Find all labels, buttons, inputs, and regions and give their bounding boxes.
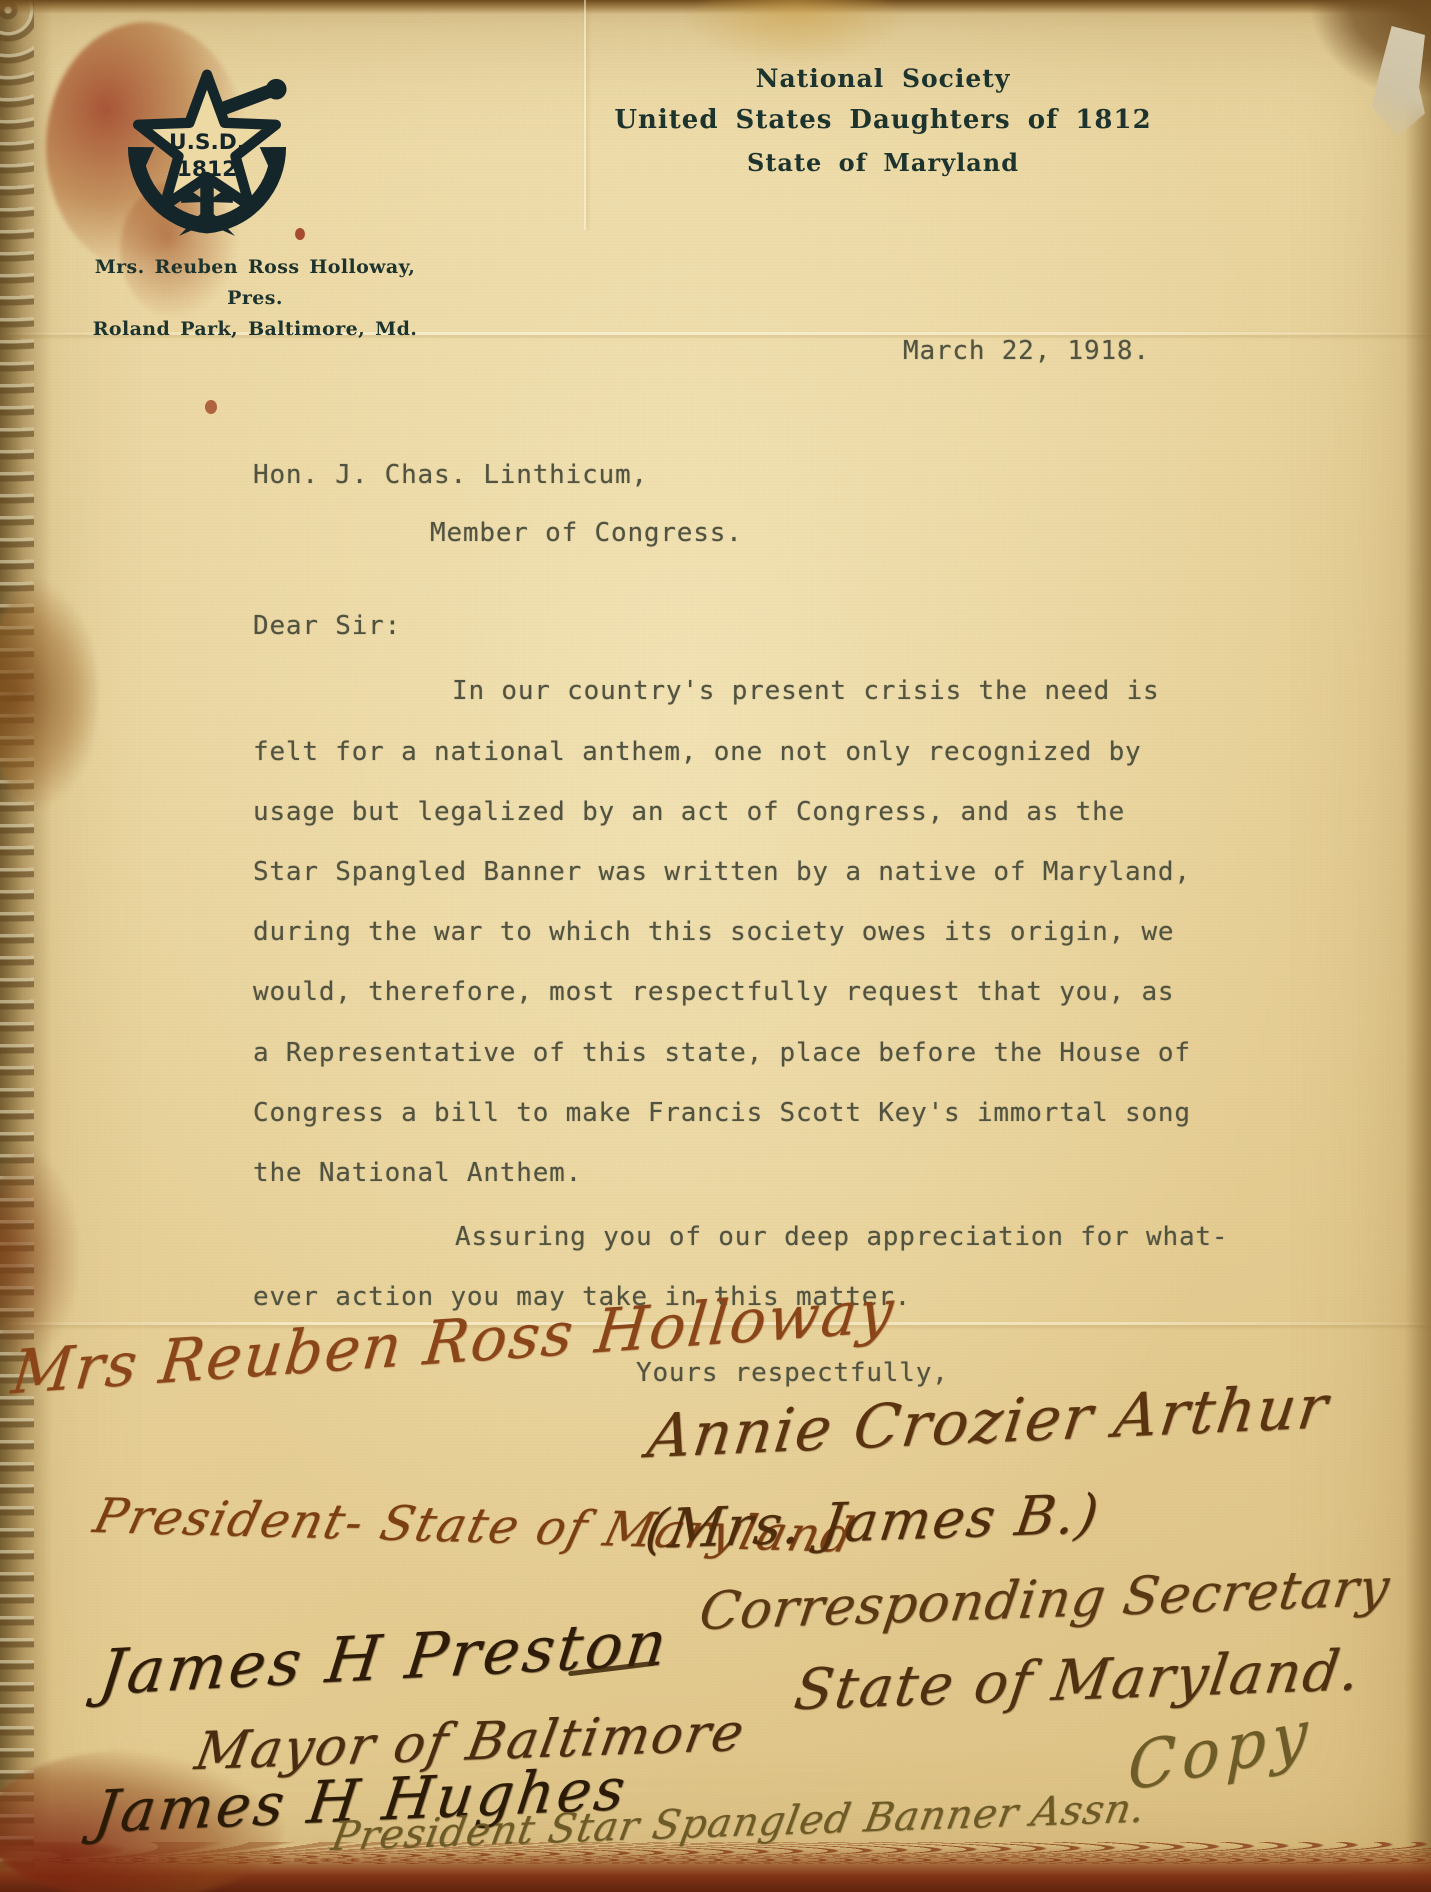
emblem-year: 1812: [177, 157, 237, 182]
letterhead-society-block: National Society United States Daughters…: [610, 64, 1156, 177]
star-anchor-icon: U.S.D. 1812: [118, 52, 296, 238]
signature-preston-name: James H Preston: [95, 1606, 673, 1709]
body-line: would, therefore, most respectfully requ…: [253, 977, 1174, 1007]
usd-1812-star-anchor-emblem: U.S.D. 1812: [118, 52, 296, 238]
society-name-line3: State of Maryland: [610, 148, 1156, 177]
body-line: during the war to which this society owe…: [253, 917, 1174, 947]
body-line: Star Spangled Banner was written by a na…: [253, 857, 1191, 887]
body-line: Congress a bill to make Francis Scott Ke…: [253, 1098, 1191, 1128]
body-line: the National Anthem.: [253, 1158, 582, 1188]
crumbled-left-edge-texture: [0, 0, 34, 1892]
vertical-fold-crease: [584, 0, 586, 230]
society-name-line2: United States Daughters of 1812: [610, 105, 1156, 135]
body-line: Assuring you of our deep appreciation fo…: [455, 1222, 1228, 1252]
signature-arthur-name-alt: (Mrs. James B.): [642, 1482, 1105, 1561]
red-speck: [295, 228, 305, 240]
red-speck: [205, 400, 217, 414]
officer-address-line: Roland Park, Baltimore, Md.: [70, 314, 440, 345]
letterhead-officer-block: Mrs. Reuben Ross Holloway, Pres. Roland …: [70, 252, 440, 345]
society-name-line1: National Society: [610, 64, 1156, 93]
letter-document-scan: U.S.D. 1812 National Society United Stat…: [0, 0, 1431, 1892]
copy-annotation: Copy: [1127, 1695, 1313, 1807]
body-line: felt for a national anthem, one not only…: [253, 737, 1141, 767]
darkened-top-edge: [0, 0, 1431, 14]
body-line: a Representative of this state, place be…: [253, 1038, 1191, 1068]
recipient-name: Hon. J. Chas. Linthicum,: [253, 460, 648, 490]
closing-line: Yours respectfully,: [636, 1358, 949, 1388]
body-line: usage but legalized by an act of Congres…: [253, 797, 1125, 827]
body-line: In our country's present crisis the need…: [452, 676, 1160, 706]
emblem-acronym: U.S.D.: [169, 130, 245, 155]
salutation: Dear Sir:: [253, 611, 401, 641]
recipient-title: Member of Congress.: [430, 518, 743, 548]
signature-arthur-title1: Corresponding Secretary: [696, 1558, 1394, 1642]
darkened-right-edge: [1405, 0, 1431, 1892]
letter-date: March 22, 1918.: [903, 336, 1150, 366]
officer-name-line: Mrs. Reuben Ross Holloway, Pres.: [70, 252, 440, 314]
